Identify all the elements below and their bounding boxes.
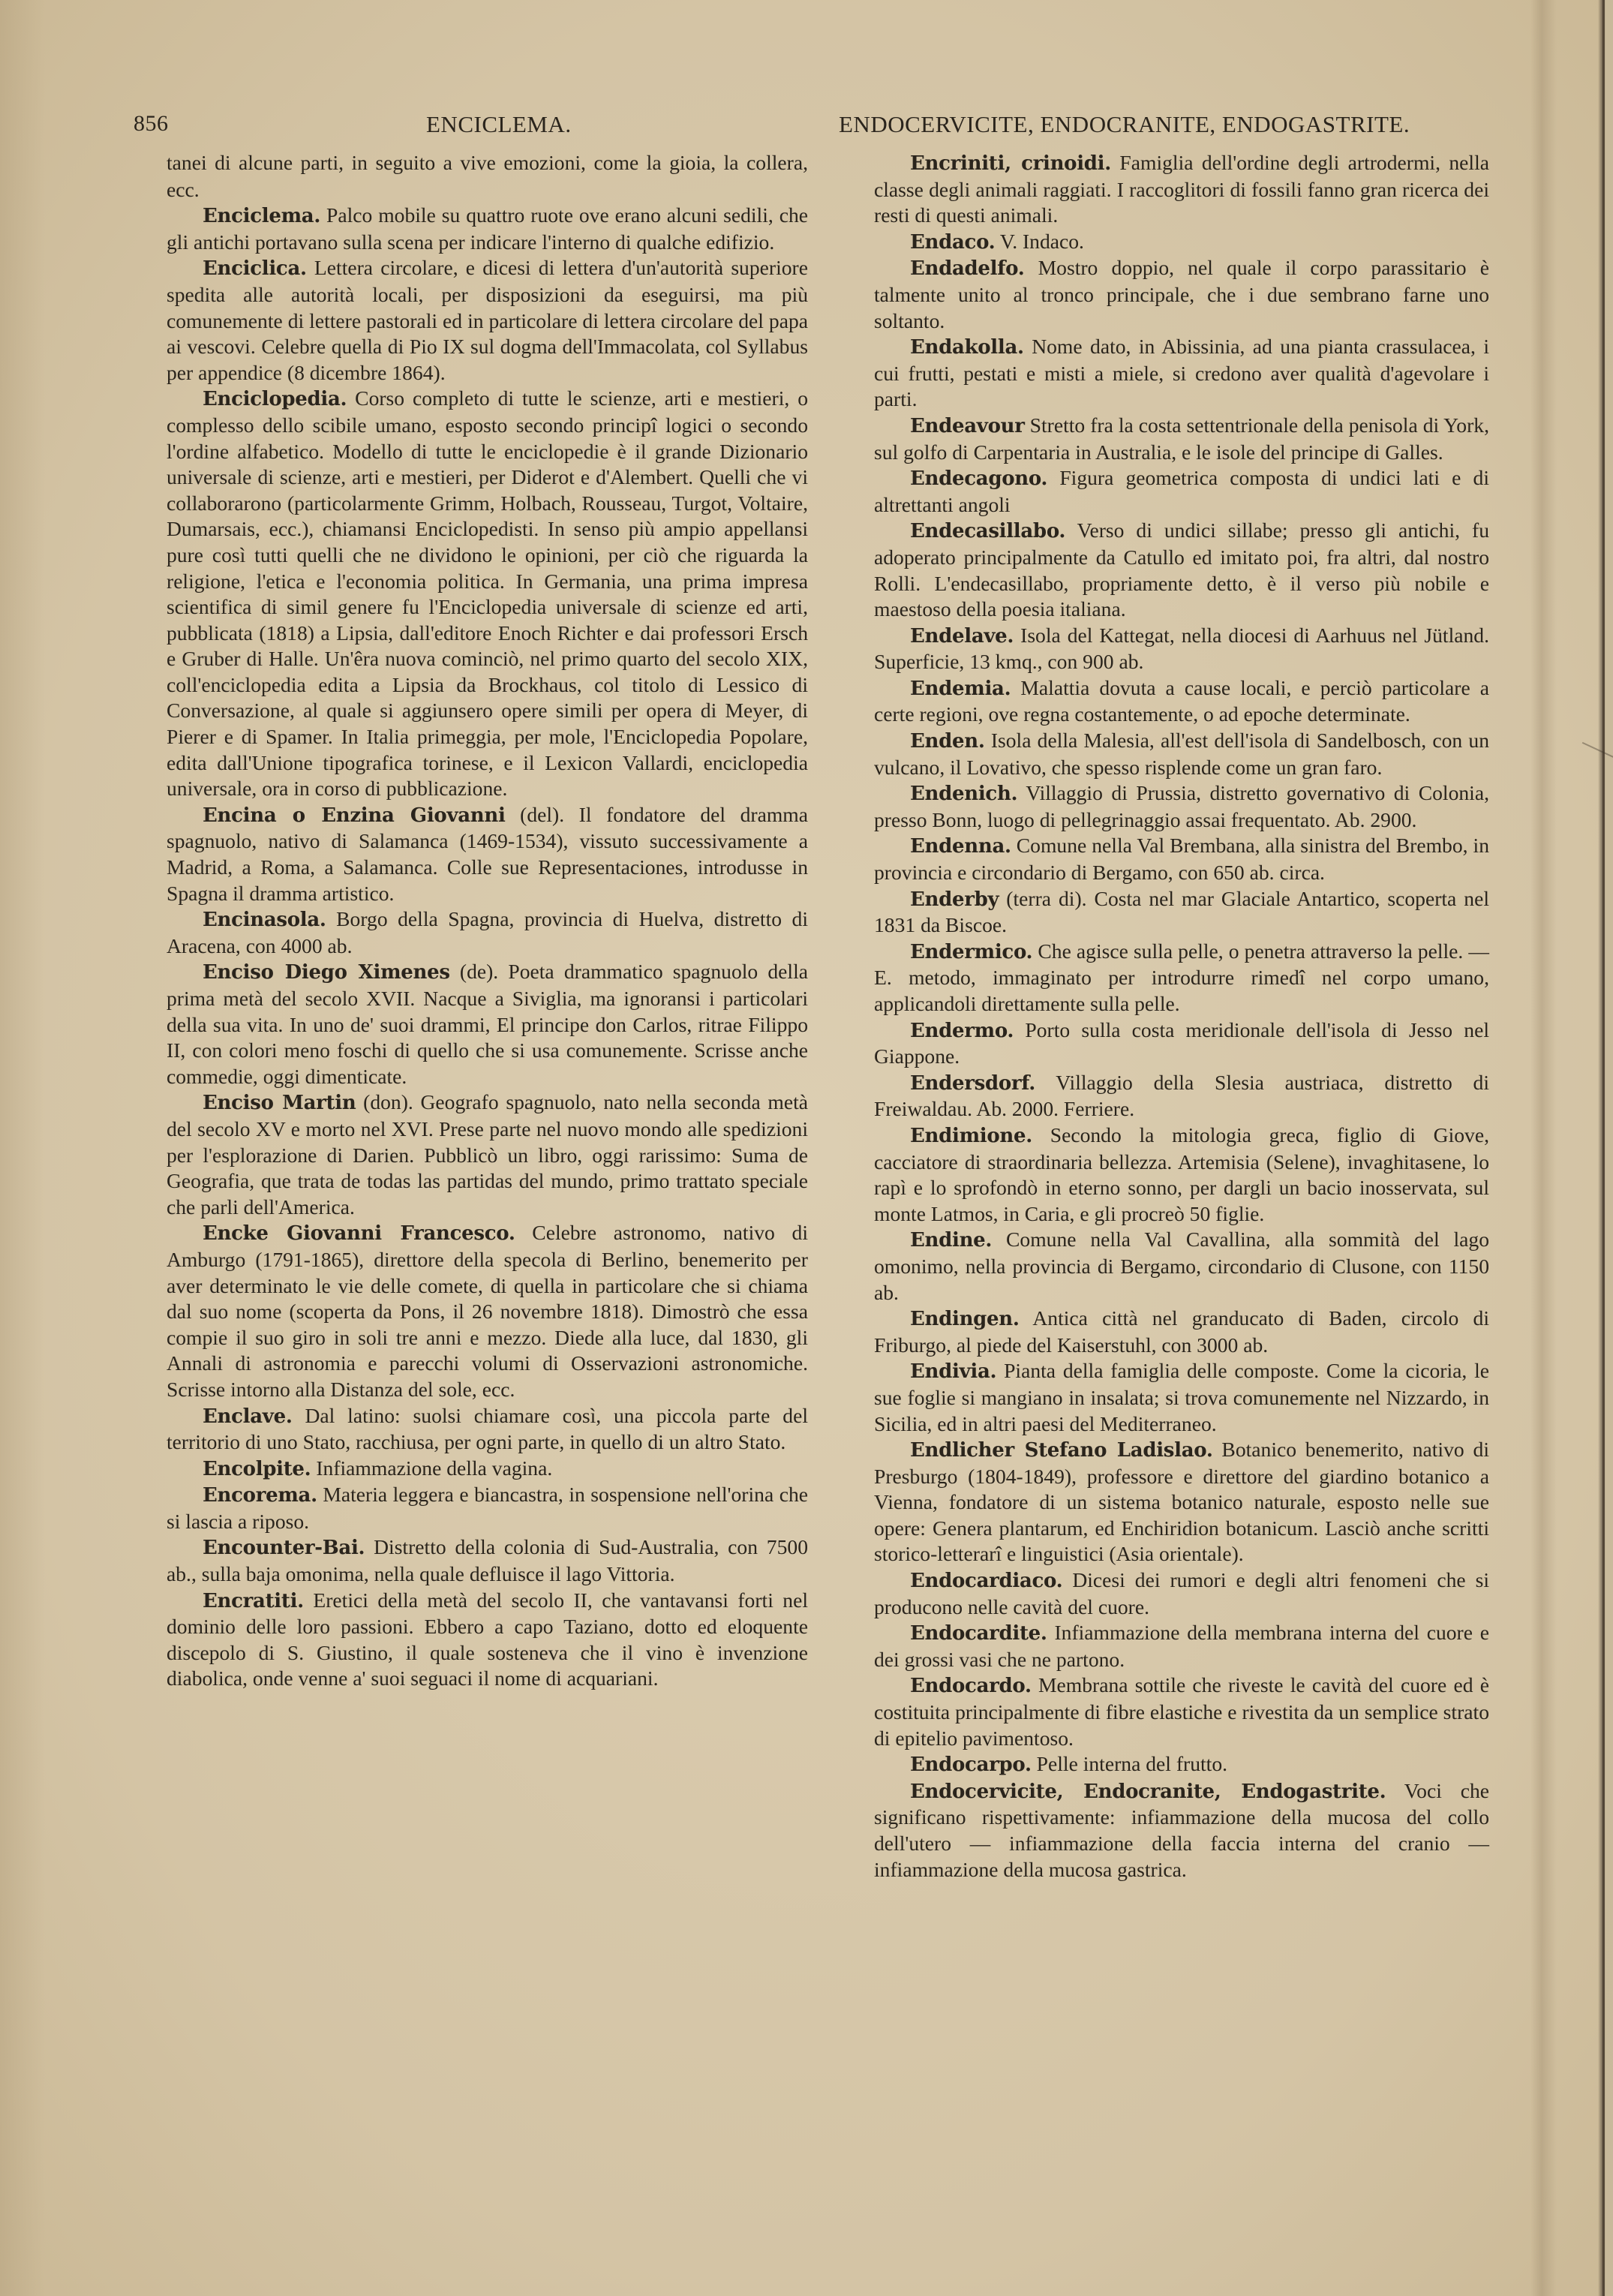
right-running-head: ENDOCERVICITE, ENDOCRANITE, ENDOGASTRITE… <box>839 111 1410 138</box>
dictionary-entry: Endecagono. Figura geometrica composta d… <box>874 465 1489 518</box>
dictionary-entry: Endocardiaco. Dicesi dei rumori e degli … <box>874 1567 1489 1620</box>
dictionary-entry: Encriniti, crinoidi. Famiglia dell'ordin… <box>874 150 1489 229</box>
dictionary-entry: Endocardite. Infiammazione della membran… <box>874 1620 1489 1672</box>
entry-term: Encounter-Bai. <box>203 1537 365 1559</box>
dictionary-entry: Endlicher Stefano Ladislao. Botanico ben… <box>874 1437 1489 1567</box>
dictionary-entry: Endadelfo. Mostro doppio, nel quale il c… <box>874 255 1489 334</box>
entry-text: Infiammazione della vagina. <box>311 1456 552 1480</box>
entry-term: Endermico. <box>910 941 1032 963</box>
entry-term: Endocardite. <box>910 1622 1047 1645</box>
dictionary-entry: Enciclema. Palco mobile su quattro ruote… <box>167 203 808 255</box>
entry-term: Encke Giovanni Francesco. <box>203 1222 515 1245</box>
entry-text: Corso completo di tutte le scienze, arti… <box>167 386 808 800</box>
dictionary-entry: Endingen. Antica città nel granducato di… <box>874 1306 1489 1358</box>
dictionary-entry: Encke Giovanni Francesco. Celebre astron… <box>167 1220 808 1402</box>
entry-term: Endakolla. <box>910 336 1024 359</box>
dictionary-entry: Endocardo. Membrana sottile che riveste … <box>874 1672 1489 1751</box>
entry-term: Endingen. <box>910 1308 1020 1330</box>
entry-term: Endeavour <box>910 415 1025 437</box>
entry-term: Encratiti. <box>203 1590 304 1612</box>
entry-term: Encina o Enzina Giovanni <box>203 804 506 827</box>
dictionary-entry: Enden. Isola della Malesia, all'est dell… <box>874 728 1489 780</box>
entry-term: Endenna. <box>910 835 1011 858</box>
entry-term: Endlicher Stefano Ladislao. <box>910 1439 1213 1462</box>
entry-term: Enciclema. <box>203 205 320 227</box>
dictionary-entry: Encounter-Bai. Distretto della colonia d… <box>167 1534 808 1587</box>
entry-text: Celebre astronomo, nativo di Amburgo (17… <box>167 1221 808 1401</box>
entry-text: tanei di alcune parti, in seguito a vive… <box>167 151 808 201</box>
dictionary-entry: Endivia. Pianta della famiglia delle com… <box>874 1358 1489 1437</box>
dictionary-entry: Encina o Enzina Giovanni (del). Il fonda… <box>167 802 808 906</box>
entry-term: Endocardo. <box>910 1675 1032 1697</box>
dictionary-entry: Enciclopedia. Corso completo di tutte le… <box>167 386 808 802</box>
entry-term: Encorema. <box>203 1484 317 1507</box>
dictionary-entry: Enciso Martin (don). Geografo spagnuolo,… <box>167 1089 808 1220</box>
right-column: Encriniti, crinoidi. Famiglia dell'ordin… <box>874 150 1489 1883</box>
dictionary-entry: Enciso Diego Ximenes (de). Poeta drammat… <box>167 959 808 1089</box>
entry-term: Encinasola. <box>203 909 326 931</box>
dictionary-entry: Endemia. Malattia dovuta a cause locali,… <box>874 675 1489 728</box>
entry-term: Encolpite. <box>203 1458 311 1480</box>
entry-text: Pelle interna del frutto. <box>1032 1752 1227 1775</box>
running-header: 856 ENCICLEMA. ENDOCERVICITE, ENDOCRANIT… <box>134 105 1499 143</box>
entry-term: Endocervicite, Endocranite, Endogastrite… <box>910 1781 1386 1803</box>
entry-term: Enderby <box>910 888 999 911</box>
dictionary-entry: Encinasola. Borgo della Spagna, provinci… <box>167 906 808 959</box>
entry-term: Endocarpo. <box>910 1754 1032 1776</box>
entry-term: Endermo. <box>910 1020 1014 1042</box>
entry-term: Enden. <box>910 730 985 753</box>
dictionary-entry: Endocervicite, Endocranite, Endogastrite… <box>874 1778 1489 1883</box>
dictionary-entry: Endermo. Porto sulla costa meridionale d… <box>874 1017 1489 1070</box>
dictionary-entry: Endakolla. Nome dato, in Abissinia, ad u… <box>874 334 1489 413</box>
entry-term: Endadelfo. <box>910 257 1024 280</box>
entry-term: Endaco. <box>910 231 995 254</box>
dictionary-entry: Endine. Comune nella Val Cavallina, alla… <box>874 1227 1489 1306</box>
dictionary-entry: Enciclica. Lettera circolare, e dicesi d… <box>167 255 808 386</box>
entry-text: V. Indaco. <box>995 230 1084 253</box>
entry-term: Endecasillabo. <box>910 520 1065 542</box>
dictionary-entry: Encratiti. Eretici della metà del secolo… <box>167 1588 808 1692</box>
dictionary-entry: Endermico. Che agisce sulla pelle, o pen… <box>874 939 1489 1017</box>
dictionary-entry: Endelave. Isola del Kattegat, nella dioc… <box>874 623 1489 675</box>
entry-term: Endine. <box>910 1229 992 1252</box>
dictionary-entry: Endaco. V. Indaco. <box>874 229 1489 256</box>
scanned-page: 856 ENCICLEMA. ENDOCERVICITE, ENDOCRANIT… <box>0 0 1613 2296</box>
entry-term: Endivia. <box>910 1360 996 1383</box>
paper-crease <box>1572 742 1613 783</box>
dictionary-entry: Endeavour Stretto fra la costa settentri… <box>874 413 1489 465</box>
dictionary-entry: Enderby (terra di). Costa nel mar Glacia… <box>874 886 1489 939</box>
dictionary-entry: Encolpite. Infiammazione della vagina. <box>167 1456 808 1483</box>
dictionary-entry: Endecasillabo. Verso di undici sillabe; … <box>874 518 1489 622</box>
dictionary-entry: Endersdorf. Villaggio della Slesia austr… <box>874 1070 1489 1122</box>
page-edge-shadow <box>1602 0 1605 2296</box>
entry-term: Enclave. <box>203 1405 293 1428</box>
dictionary-entry: Endenna. Comune nella Val Brembana, alla… <box>874 833 1489 885</box>
dictionary-entry: Encorema. Materia leggera e biancastra, … <box>167 1482 808 1534</box>
entry-term: Endocardiaco. <box>910 1570 1062 1592</box>
left-column: tanei di alcune parti, in seguito a vive… <box>167 150 808 1692</box>
entry-term: Endersdorf. <box>910 1072 1035 1095</box>
entry-term: Endenich. <box>910 783 1017 805</box>
page-number: 856 <box>134 111 169 137</box>
entry-term: Endimione. <box>910 1125 1032 1147</box>
entry-term: Endecagono. <box>910 467 1047 490</box>
dictionary-entry: Endocarpo. Pelle interna del frutto. <box>874 1751 1489 1778</box>
entry-term: Enciso Martin <box>203 1092 356 1114</box>
dictionary-entry: tanei di alcune parti, in seguito a vive… <box>167 150 808 203</box>
dictionary-entry: Endenich. Villaggio di Prussia, distrett… <box>874 780 1489 833</box>
entry-term: Encriniti, crinoidi. <box>910 152 1111 175</box>
entry-term: Endemia. <box>910 678 1011 700</box>
entry-term: Endelave. <box>910 625 1014 648</box>
dictionary-entry: Enclave. Dal latino: suolsi chiamare cos… <box>167 1403 808 1456</box>
entry-term: Enciso Diego Ximenes <box>203 961 450 984</box>
dictionary-entry: Endimione. Secondo la mitologia greca, f… <box>874 1122 1489 1227</box>
entry-term: Enciclica. <box>203 257 307 280</box>
entry-term: Enciclopedia. <box>203 388 347 410</box>
left-running-head: ENCICLEMA. <box>426 111 572 138</box>
